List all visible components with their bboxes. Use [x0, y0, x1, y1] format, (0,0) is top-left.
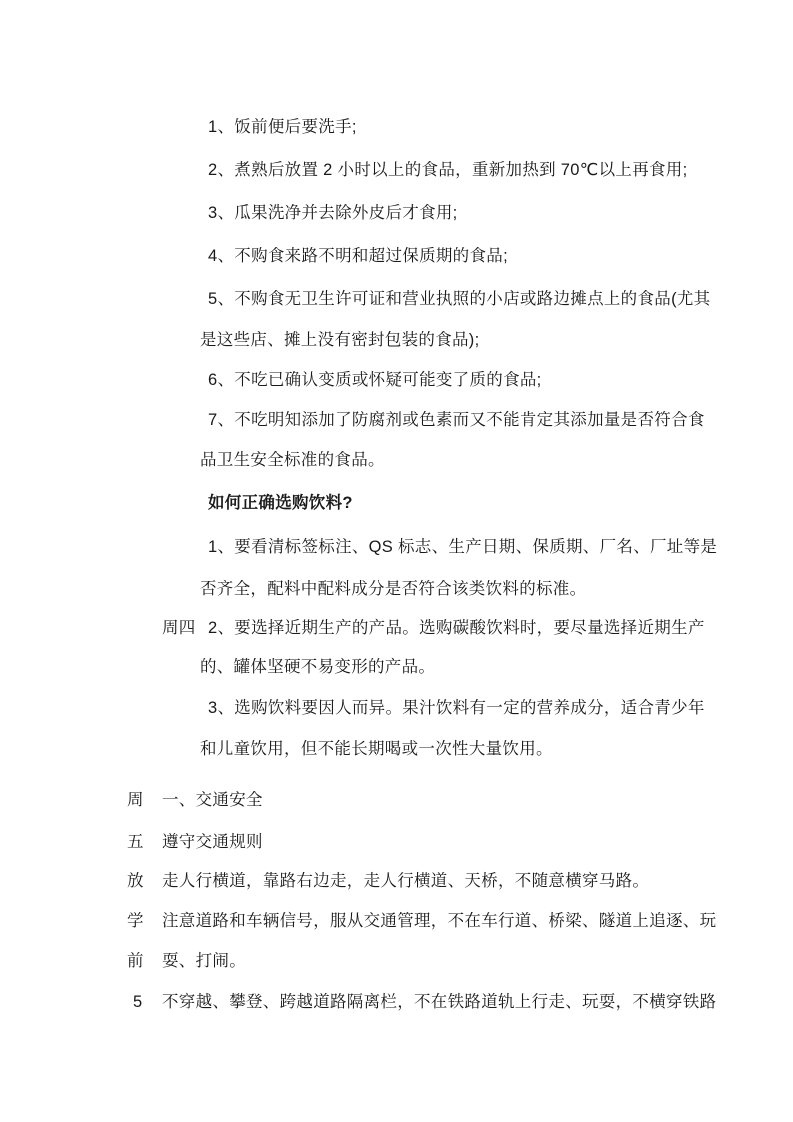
doc-line: 6、不吃已确认变质或怀疑可能变了质的食品;	[208, 369, 542, 391]
doc-line: 和儿童饮用，但不能长期喝或一次性大量饮用。	[200, 738, 553, 760]
document-page: 周四 1、饭前便后要洗手; 2、煮熟后放置 2 小时以上的食品，重新加热到 70…	[0, 0, 793, 1122]
doc-line: 5、不购食无卫生许可证和营业执照的小店或路边摊点上的食品(尤其	[208, 288, 710, 310]
doc-line: 遵守交通规则	[162, 831, 263, 853]
doc-line: 1、饭前便后要洗手;	[208, 116, 357, 138]
row-label-friday-char: 五	[127, 831, 144, 853]
doc-line: 2、要选择近期生产的产品。选购碳酸饮料时，要尽量选择近期生产	[208, 617, 705, 639]
row-label-friday-char: 周	[127, 789, 144, 811]
doc-line: 走人行横道，靠路右边走，走人行横道、天桥，不随意横穿马路。	[162, 870, 649, 892]
doc-heading-traffic-safety: 一、交通安全	[162, 789, 263, 811]
doc-heading-drink-selection: 如何正确选购饮料?	[208, 492, 353, 514]
row-label-friday-char: 5	[133, 991, 142, 1013]
row-label-friday-char: 学	[127, 910, 144, 932]
doc-line: 的、罐体坚硬不易变形的产品。	[200, 656, 435, 678]
doc-line: 否齐全，配料中配料成分是否符合该类饮料的标准。	[200, 578, 586, 600]
doc-line: 品卫生安全标准的食品。	[200, 449, 385, 471]
doc-line: 不穿越、攀登、跨越道路隔离栏，不在铁路道轨上行走、玩耍，不横穿铁路	[162, 991, 716, 1013]
doc-line: 3、选购饮料要因人而异。果汁饮料有一定的营养成分，适合青少年	[208, 697, 705, 719]
doc-line: 2、煮熟后放置 2 小时以上的食品，重新加热到 70℃以上再食用;	[208, 159, 687, 181]
doc-line: 是这些店、摊上没有密封包装的食品);	[200, 329, 479, 351]
doc-line: 耍、打闹。	[162, 950, 246, 972]
row-label-thursday: 周四	[162, 617, 196, 639]
doc-line: 1、要看清标签标注、QS 标志、生产日期、保质期、厂名、厂址等是	[208, 536, 717, 558]
row-label-friday-char: 前	[127, 950, 144, 972]
doc-line: 7、不吃明知添加了防腐剂或色素而又不能肯定其添加量是否符合食	[208, 409, 705, 431]
doc-line: 3、瓜果洗净并去除外皮后才食用;	[208, 202, 458, 224]
doc-line: 注意道路和车辆信号，服从交通管理，不在车行道、桥梁、隧道上追逐、玩	[162, 910, 716, 932]
row-label-friday-char: 放	[127, 870, 144, 892]
doc-line: 4、不购食来路不明和超过保质期的食品;	[208, 245, 508, 267]
